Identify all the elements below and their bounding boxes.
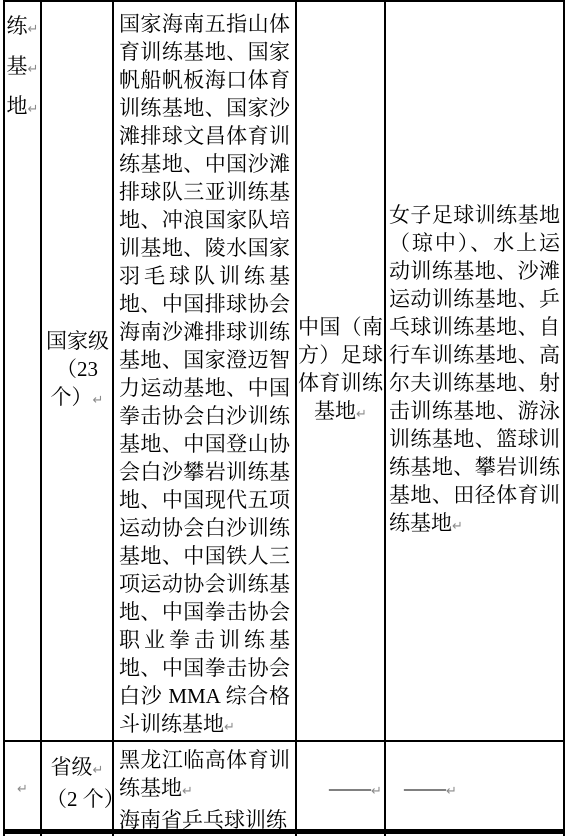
cell-provincial-bases-list: 黑龙江临高体育训练基地↵ 海南省乒乓球训练 xyxy=(114,742,297,836)
page-cut-border xyxy=(3,829,565,834)
dash-placeholder: ——↵ xyxy=(404,774,563,806)
label-char: 基↵ xyxy=(5,48,40,88)
national-level-line: 国家级 xyxy=(46,327,108,355)
provincial-level-line: 省级↵ xyxy=(46,753,108,785)
cell-dash-sports: ——↵ xyxy=(386,742,563,836)
sports-bases-text: 女子足球训练基地（琼中）、水上运动训练基地、沙滩运动训练基地、乒乓球训练基地、自… xyxy=(389,201,560,541)
return-mark-icon: ↵ xyxy=(17,776,28,804)
cell-sports-bases-list: 女子足球训练基地（琼中）、水上运动训练基地、沙滩运动训练基地、乒乓球训练基地、自… xyxy=(386,2,563,742)
return-mark-icon: ↵ xyxy=(93,763,104,778)
provincial-level-line: （2 个）↵ xyxy=(46,785,108,817)
football-base-text: 中国（南方）足球体育训练基地↵ xyxy=(298,313,383,429)
return-mark-icon: ↵ xyxy=(93,393,104,408)
national-bases-text: 国家海南五指山体育训练基地、国家帆船帆板海口体育训练基地、国家沙滩排球文昌体育训… xyxy=(119,10,290,742)
document-page: 练↵ 基↵ 地↵ 国家级 （23 个）↵ 国家海南五指山体育训练基地、国家帆船帆… xyxy=(0,0,569,836)
return-mark-icon: ↵ xyxy=(356,407,367,422)
return-mark-icon: ↵ xyxy=(224,720,235,735)
return-mark-icon: ↵ xyxy=(28,22,39,37)
return-mark-icon: ↵ xyxy=(446,784,457,799)
dash-placeholder: ——↵ xyxy=(329,774,384,806)
training-bases-table: 练↵ 基↵ 地↵ 国家级 （23 个）↵ 国家海南五指山体育训练基地、国家帆船帆… xyxy=(3,0,565,836)
national-level-line: （23 xyxy=(46,355,108,383)
cell-football-base: 中国（南方）足球体育训练基地↵ xyxy=(297,2,386,742)
return-mark-icon: ↵ xyxy=(182,784,193,799)
provincial-base-text: 黑龙江临高体育训练基地↵ xyxy=(119,746,290,806)
cell-training-base-label: 练↵ 基↵ 地↵ xyxy=(5,2,42,742)
return-mark-icon: ↵ xyxy=(28,102,39,117)
return-mark-icon: ↵ xyxy=(28,62,39,77)
national-level-line: 个）↵ xyxy=(46,383,108,415)
return-mark-icon: ↵ xyxy=(452,519,463,534)
return-mark-icon: ↵ xyxy=(371,784,382,799)
cell-national-bases-list: 国家海南五指山体育训练基地、国家帆船帆板海口体育训练基地、国家沙滩排球文昌体育训… xyxy=(114,2,297,742)
cell-dash-football: ——↵ xyxy=(297,742,386,836)
label-char: 地↵ xyxy=(5,88,40,128)
label-char: 练↵ xyxy=(5,8,40,48)
cell-national-level: 国家级 （23 个）↵ xyxy=(42,2,114,742)
cell-empty: ↵ xyxy=(5,742,42,836)
cell-provincial-level: 省级↵ （2 个）↵ xyxy=(42,742,114,836)
